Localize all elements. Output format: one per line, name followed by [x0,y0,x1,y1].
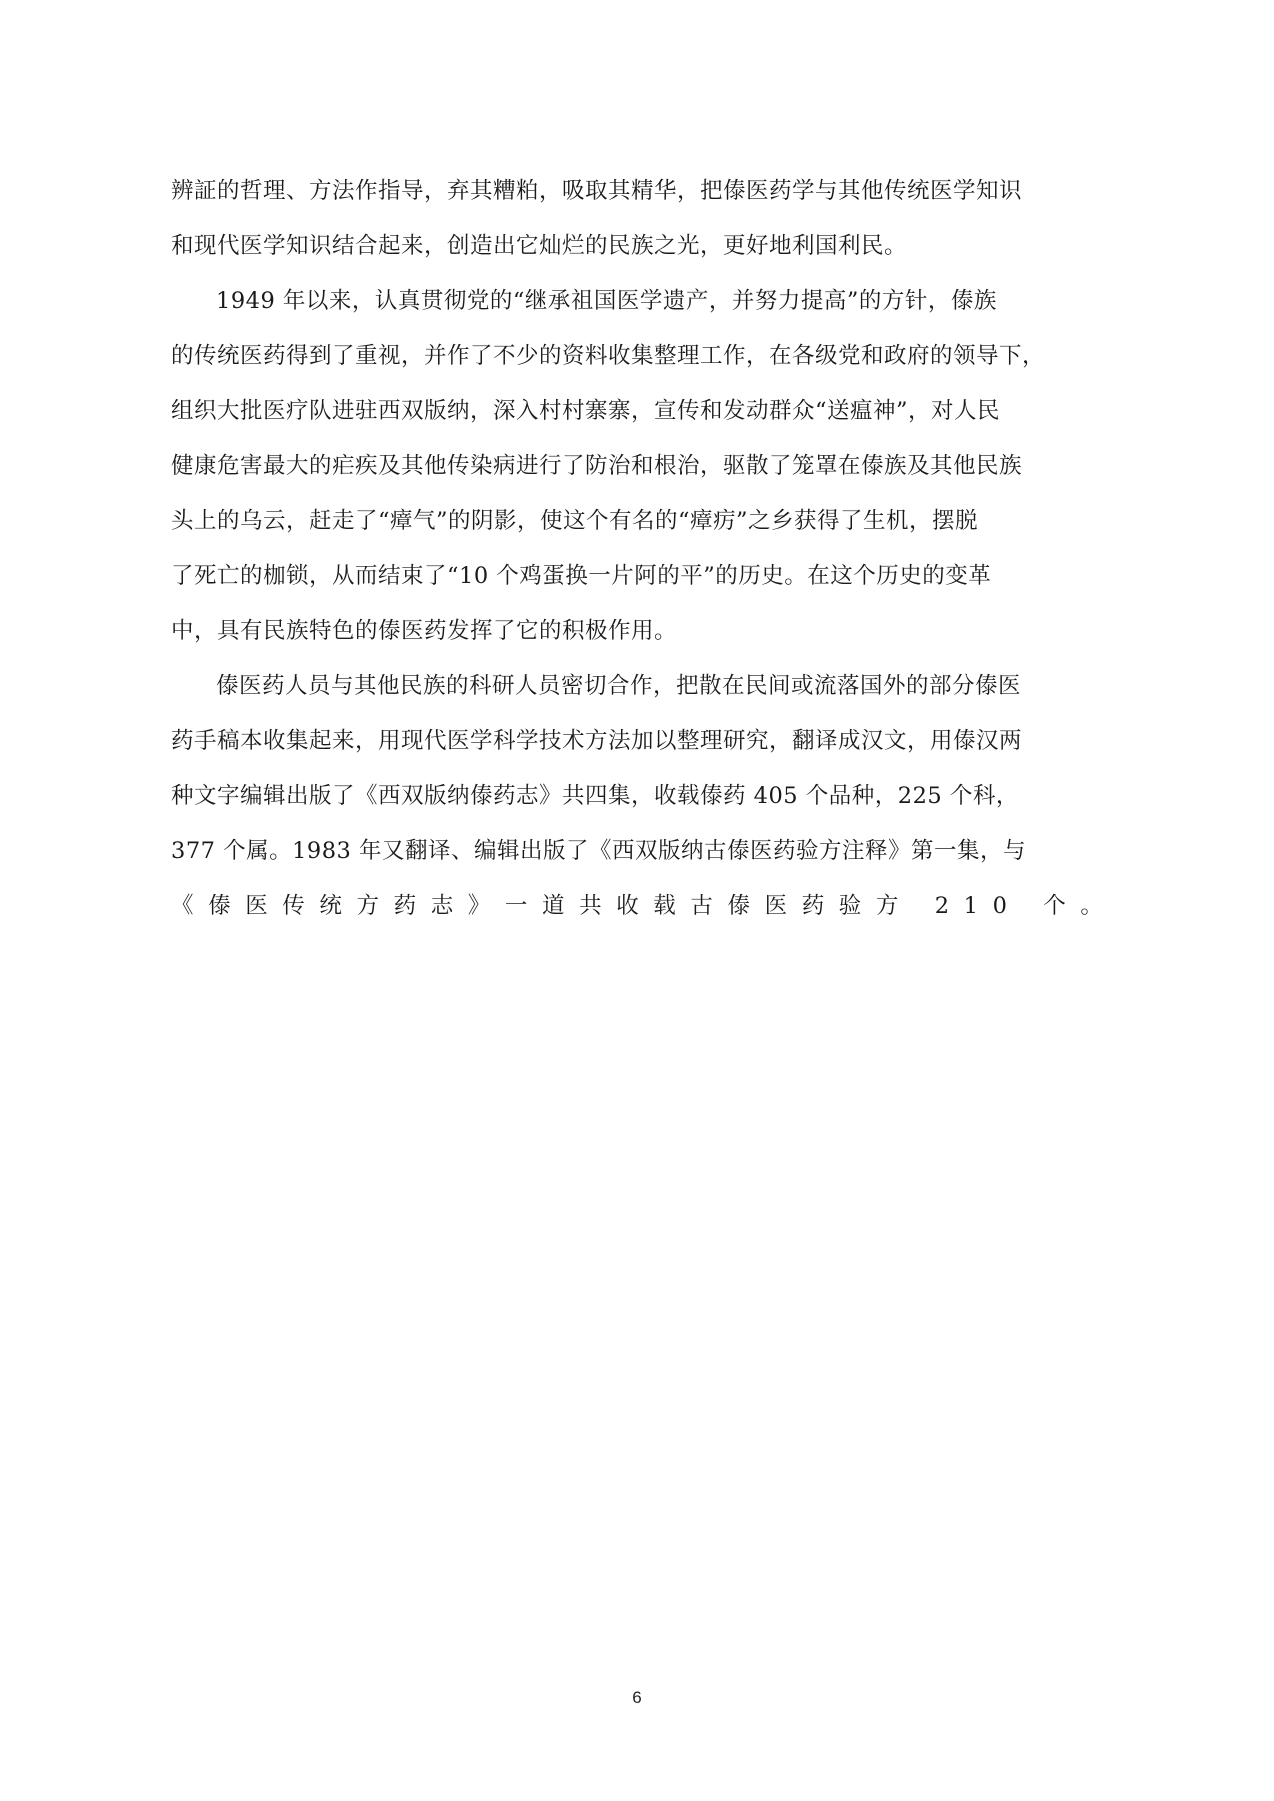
paragraph-line: 傣医药人员与其他民族的科研人员密切合作，把散在民间或流落国外的部分傣医 [216,671,1131,701]
paragraph-line: 种文字编辑出版了《西双版纳傣药志》共四集，收载傣药 405 个品种，225 个科… [171,781,1131,811]
paragraph-line: 药手稿本收集起来，用现代医学科学技术方法加以整理研究，翻译成汉文，用傣汉两 [171,726,1131,756]
paragraph-line: 377 个属。1983 年又翻译、编辑出版了《西双版纳古傣医药验方注释》第一集，… [171,836,1131,866]
paragraph-line: 中，具有民族特色的傣医药发挥了它的积极作用。 [171,616,1131,646]
paragraph-line: 健康危害最大的疟疾及其他传染病进行了防治和根治，驱散了笼罩在傣族及其他民族 [171,451,1131,481]
paragraph-line: 的传统医药得到了重视，并作了不少的资料收集整理工作，在各级党和政府的领导下， [171,341,1131,371]
paragraph-line: 和现代医学知识结合起来，创造出它灿烂的民族之光，更好地利国利民。 [171,231,1131,261]
paragraph-line: 了死亡的枷锁，从而结束了“10 个鸡蛋换一片阿的平”的历史。在这个历史的变革 [171,561,1131,591]
document-page: 辨証的哲理、方法作指导，弃其糟粕，吸取其精华，把傣医药学与其他传统医学知识 和现… [0,0,1274,1801]
paragraph-line: 1949 年以来，认真贯彻党的“继承祖国医学遗产，并努力提高”的方针，傣族 [216,286,1131,316]
paragraph-line: 头上的乌云，赶走了“瘴气”的阴影，使这个有名的“瘴疠”之乡获得了生机，摆脱 [171,506,1131,536]
paragraph-line: 辨証的哲理、方法作指导，弃其糟粕，吸取其精华，把傣医药学与其他传统医学知识 [171,176,1131,206]
paragraph-line: 《傣医传统方药志》一道共收载古傣医药验方 210 个。 [171,891,1131,921]
paragraph-line: 组织大批医疗队进驻西双版纳，深入村村寨寨，宣传和发动群众“送瘟神”，对人民 [171,396,1131,426]
page-number: 6 [0,1688,1274,1708]
